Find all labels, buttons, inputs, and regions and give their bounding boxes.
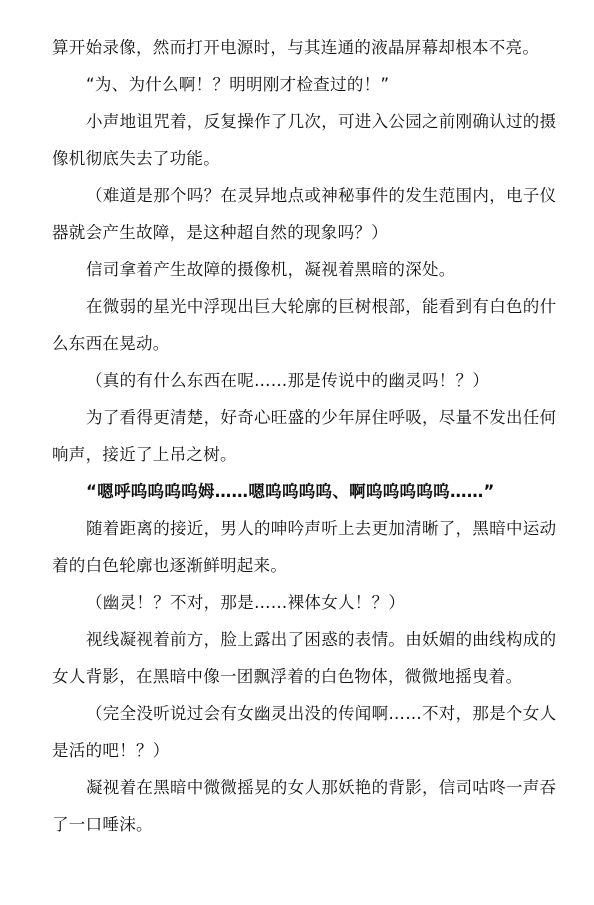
text-line: （真的有什么东西在呢……那是传说中的幽灵吗！？） — [52, 369, 544, 406]
text-line: （幽灵！？不对，那是……裸体女人！？） — [52, 591, 544, 628]
text-line-bold: “嗯呼呜呜呜呜姆……嗯呜呜呜呜、啊呜呜呜呜呜……” — [52, 480, 544, 517]
text-line: 女人背影，在黑暗中像一团飘浮着的白色物体，微微地摇曳着。 — [52, 665, 544, 702]
text-line: 信司拿着产生故障的摄像机，凝视着黑暗的深处。 — [52, 258, 544, 295]
text-line: 器就会产生故障，是这种超自然的现象吗？） — [52, 221, 544, 258]
text-line: 是活的吧！？） — [52, 739, 544, 776]
text-line: 随着距离的接近，男人的呻吟声听上去更加清晰了，黑暗中运动 — [52, 517, 544, 554]
text-line: 在微弱的星光中浮现出巨大轮廓的巨树根部，能看到有白色的什 — [52, 295, 544, 332]
text-line: 为了看得更清楚，好奇心旺盛的少年屏住呼吸，尽量不发出任何 — [52, 406, 544, 443]
text-line: 视线凝视着前方，脸上露出了困惑的表情。由妖媚的曲线构成的 — [52, 628, 544, 665]
document-page: 算开始录像，然而打开电源时，与其连通的液晶屏幕却根本不亮。 “为、为什么啊！？明… — [52, 36, 544, 850]
text-line: 了一口唾沫。 — [52, 813, 544, 850]
text-line: （难道是那个吗？在灵异地点或神秘事件的发生范围内，电子仪 — [52, 184, 544, 221]
text-line: 着的白色轮廓也逐渐鲜明起来。 — [52, 554, 544, 591]
text-line: （完全没听说过会有女幽灵出没的传闻啊……不对，那是个女人 — [52, 702, 544, 739]
text-line: “为、为什么啊！？明明刚才检查过的！” — [52, 73, 544, 110]
text-line: 小声地诅咒着，反复操作了几次，可进入公园之前刚确认过的摄 — [52, 110, 544, 147]
text-line: 凝视着在黑暗中微微摇晃的女人那妖艳的背影，信司咕咚一声吞 — [52, 776, 544, 813]
text-line: 像机彻底失去了功能。 — [52, 147, 544, 184]
text-line: 响声，接近了上吊之树。 — [52, 443, 544, 480]
text-line: 算开始录像，然而打开电源时，与其连通的液晶屏幕却根本不亮。 — [52, 36, 544, 73]
text-line: 么东西在晃动。 — [52, 332, 544, 369]
